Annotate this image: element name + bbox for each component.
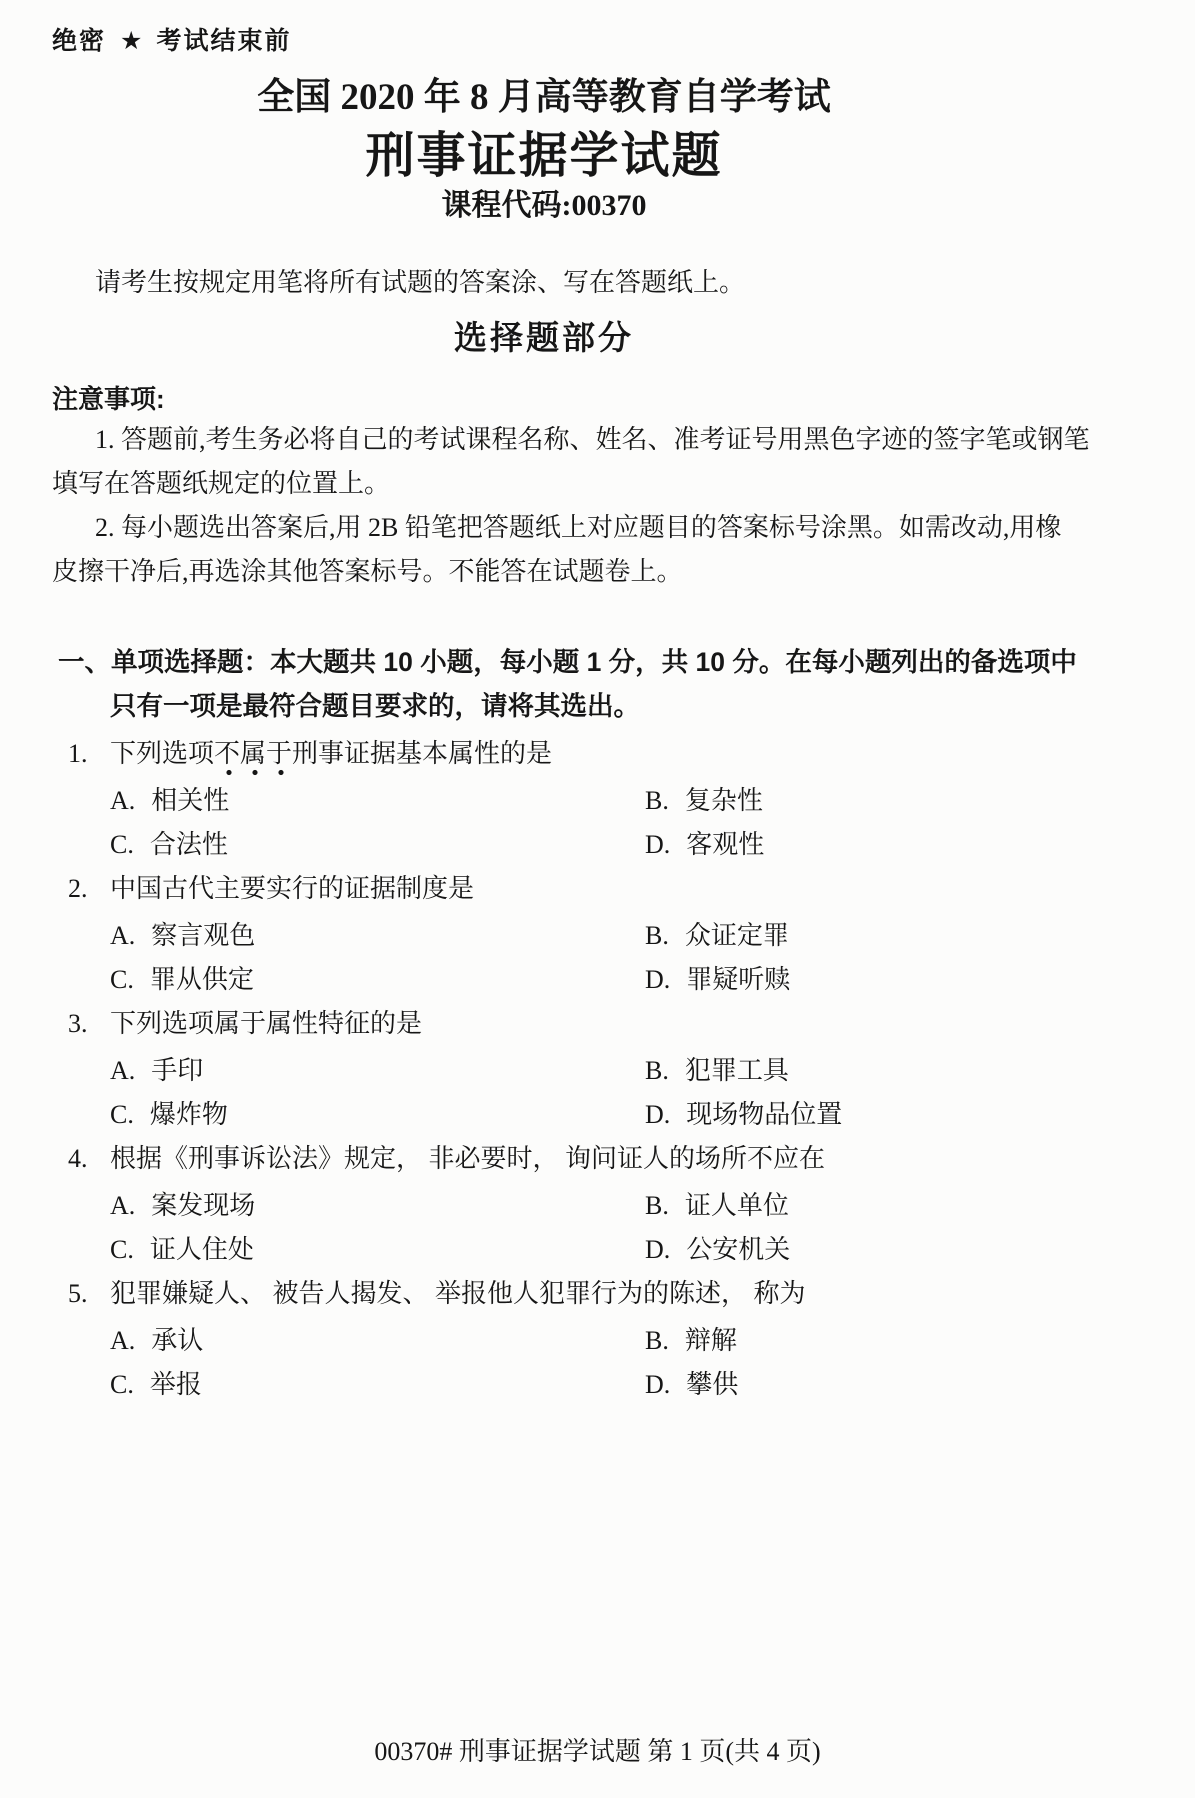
question-2-stem: 2.中国古代主要实行的证据制度是 [0,867,1088,911]
classification-banner: 绝密★考试结束前 [52,24,1088,58]
question-1-option-b: B.复杂性 [645,779,763,823]
classification-label: 绝密 [52,27,106,55]
question-5-option-d: D.攀供 [645,1363,738,1407]
option-letter: A. [110,1049,135,1093]
section-one-heading-line1: 一、单项选择题：本大题共 10 小题，每小题 1 分，共 10 分。在每小题列出… [58,640,1088,684]
question-5-option-c: C.举报 [110,1363,202,1407]
question-3: 3.下列选项属于属性特征的是 A.手印 B.犯罪工具 C.爆炸物 D.现场物品位… [0,1002,1088,1137]
question-1-text-pre: 下列选项 [110,739,214,768]
option-letter: A. [110,914,135,958]
option-letter: C. [110,823,134,867]
question-3-text-pre: 下列选项属于属性特征的是 [110,1009,422,1038]
question-5-options-row-1: A.承认 B.辩解 [0,1319,1088,1363]
option-letter: A. [110,1184,135,1228]
option-letter: A. [110,779,135,823]
classification-note: 考试结束前 [156,27,291,55]
option-letter: B. [645,1184,669,1228]
option-text: 相关性 [151,786,229,815]
option-text: 众证定罪 [685,921,789,950]
page-footer: 00370# 刑事证据学试题 第 1 页(共 4 页) [0,1734,1195,1770]
question-5-stem: 5.犯罪嫌疑人、 被告人揭发、 举报他人犯罪行为的陈述， 称为 [0,1272,1088,1316]
option-letter: D. [645,823,670,867]
question-5-option-b: B.辩解 [645,1319,737,1363]
option-letter: B. [645,1319,669,1363]
question-3-option-d: D.现场物品位置 [645,1093,842,1137]
question-1-option-d: D.客观性 [645,823,764,867]
question-2-number: 2. [68,867,110,911]
option-letter: C. [110,1363,134,1407]
option-text: 公安机关 [686,1235,790,1264]
option-text: 爆炸物 [150,1100,228,1129]
question-4-number: 4. [68,1137,110,1181]
question-4-text-pre: 根据《刑事诉讼法》规定， 非必要时， 询问证人的场所不应在 [110,1144,825,1173]
option-text: 手印 [151,1056,203,1085]
question-4-option-b: B.证人单位 [645,1184,789,1228]
option-text: 攀供 [686,1370,738,1399]
question-2: 2.中国古代主要实行的证据制度是 A.察言观色 B.众证定罪 C.罪从供定 D.… [0,867,1088,1002]
option-letter: D. [645,1363,670,1407]
question-4-option-c: C.证人住处 [110,1228,254,1272]
question-5-option-a: A.承认 [110,1319,203,1363]
question-2-option-d: D.罪疑听赎 [645,958,790,1002]
option-text: 犯罪工具 [685,1056,789,1085]
question-1: 1.下列选项不属于刑事证据基本属性的是 A.相关性 B.复杂性 C.合法性 D.… [0,732,1088,867]
note-2-line-1: 2. 每小题选出答案后,用 2B 铅笔把答题纸上对应题目的答案标号涂黑。如需改动… [95,506,1088,550]
note-1-line-2: 填写在答题纸规定的位置上。 [52,462,1088,506]
option-letter: B. [645,914,669,958]
option-letter: D. [645,958,670,1002]
question-3-options-row-1: A.手印 B.犯罪工具 [0,1049,1088,1093]
question-5-number: 5. [68,1272,110,1316]
question-3-option-c: C.爆炸物 [110,1093,228,1137]
option-letter: B. [645,1049,669,1093]
question-2-option-a: A.察言观色 [110,914,255,958]
option-letter: C. [110,958,134,1002]
question-3-number: 3. [68,1002,110,1046]
option-text: 现场物品位置 [686,1100,842,1129]
option-text: 案发现场 [151,1191,255,1220]
option-text: 承认 [151,1326,203,1355]
option-letter: A. [110,1319,135,1363]
question-5-text-pre: 犯罪嫌疑人、 被告人揭发、 举报他人犯罪行为的陈述， 称为 [110,1279,806,1308]
question-1-option-a: A.相关性 [110,779,229,823]
notes-title: 注意事项: [52,380,1088,418]
option-letter: C. [110,1228,134,1272]
question-4-options-row-1: A.案发现场 B.证人单位 [0,1184,1088,1228]
exam-paper-page: 绝密★考试结束前 全国 2020 年 8 月高等教育自学考试 刑事证据学试题 课… [0,0,1195,1798]
star-icon: ★ [120,27,142,55]
page-content: 绝密★考试结束前 全国 2020 年 8 月高等教育自学考试 刑事证据学试题 课… [0,24,1088,1407]
option-letter: D. [645,1093,670,1137]
question-2-options-row-2: C.罪从供定 D.罪疑听赎 [0,958,1088,1002]
question-3-stem: 3.下列选项属于属性特征的是 [0,1002,1088,1046]
exam-title-line1: 全国 2020 年 8 月高等教育自学考试 [0,74,1088,122]
question-4: 4.根据《刑事诉讼法》规定， 非必要时， 询问证人的场所不应在 A.案发现场 B… [0,1137,1088,1272]
question-4-option-d: D.公安机关 [645,1228,790,1272]
question-1-number: 1. [68,732,110,776]
note-2-line-2: 皮擦干净后,再选涂其他答案标号。不能答在试题卷上。 [52,550,1088,594]
question-4-options-row-2: C.证人住处 D.公安机关 [0,1228,1088,1272]
question-2-option-b: B.众证定罪 [645,914,789,958]
option-letter: B. [645,779,669,823]
question-2-options-row-1: A.察言观色 B.众证定罪 [0,914,1088,958]
question-1-options-row-2: C.合法性 D.客观性 [0,823,1088,867]
question-3-option-a: A.手印 [110,1049,203,1093]
question-3-options-row-2: C.爆炸物 D.现场物品位置 [0,1093,1088,1137]
option-text: 客观性 [686,830,764,859]
option-text: 证人住处 [150,1235,254,1264]
question-3-option-b: B.犯罪工具 [645,1049,789,1093]
question-1-stem: 1.下列选项不属于刑事证据基本属性的是 [0,732,1088,776]
option-text: 证人单位 [685,1191,789,1220]
question-1-text-post: 刑事证据基本属性的是 [292,739,552,768]
course-code: 课程代码:00370 [0,186,1088,226]
question-5-options-row-2: C.举报 D.攀供 [0,1363,1088,1407]
option-text: 罪从供定 [150,965,254,994]
option-letter: C. [110,1093,134,1137]
note-1-line-1: 1. 答题前,考生务必将自己的考试课程名称、姓名、准考证号用黑色字迹的签字笔或钢… [95,418,1088,462]
option-text: 辩解 [685,1326,737,1355]
option-text: 罪疑听赎 [686,965,790,994]
option-letter: D. [645,1228,670,1272]
option-text: 合法性 [150,830,228,859]
exam-title-line2: 刑事证据学试题 [0,126,1088,186]
question-4-stem: 4.根据《刑事诉讼法》规定， 非必要时， 询问证人的场所不应在 [0,1137,1088,1181]
option-text: 察言观色 [151,921,255,950]
question-2-text-pre: 中国古代主要实行的证据制度是 [110,874,474,903]
question-1-text-emphasized: 不属于 [214,739,292,777]
question-list: 1.下列选项不属于刑事证据基本属性的是 A.相关性 B.复杂性 C.合法性 D.… [0,732,1088,1407]
question-4-option-a: A.案发现场 [110,1184,255,1228]
option-text: 复杂性 [685,786,763,815]
option-text: 举报 [150,1370,202,1399]
section-one-heading-line2: 只有一项是最符合题目要求的，请将其选出。 [110,684,1088,728]
question-5: 5.犯罪嫌疑人、 被告人揭发、 举报他人犯罪行为的陈述， 称为 A.承认 B.辩… [0,1272,1088,1407]
question-1-option-c: C.合法性 [110,823,228,867]
section-part-title: 选择题部分 [0,316,1088,360]
instruction-text: 请考生按规定用笔将所有试题的答案涂、写在答题纸上。 [95,264,1088,302]
question-1-options-row-1: A.相关性 B.复杂性 [0,779,1088,823]
question-2-option-c: C.罪从供定 [110,958,254,1002]
